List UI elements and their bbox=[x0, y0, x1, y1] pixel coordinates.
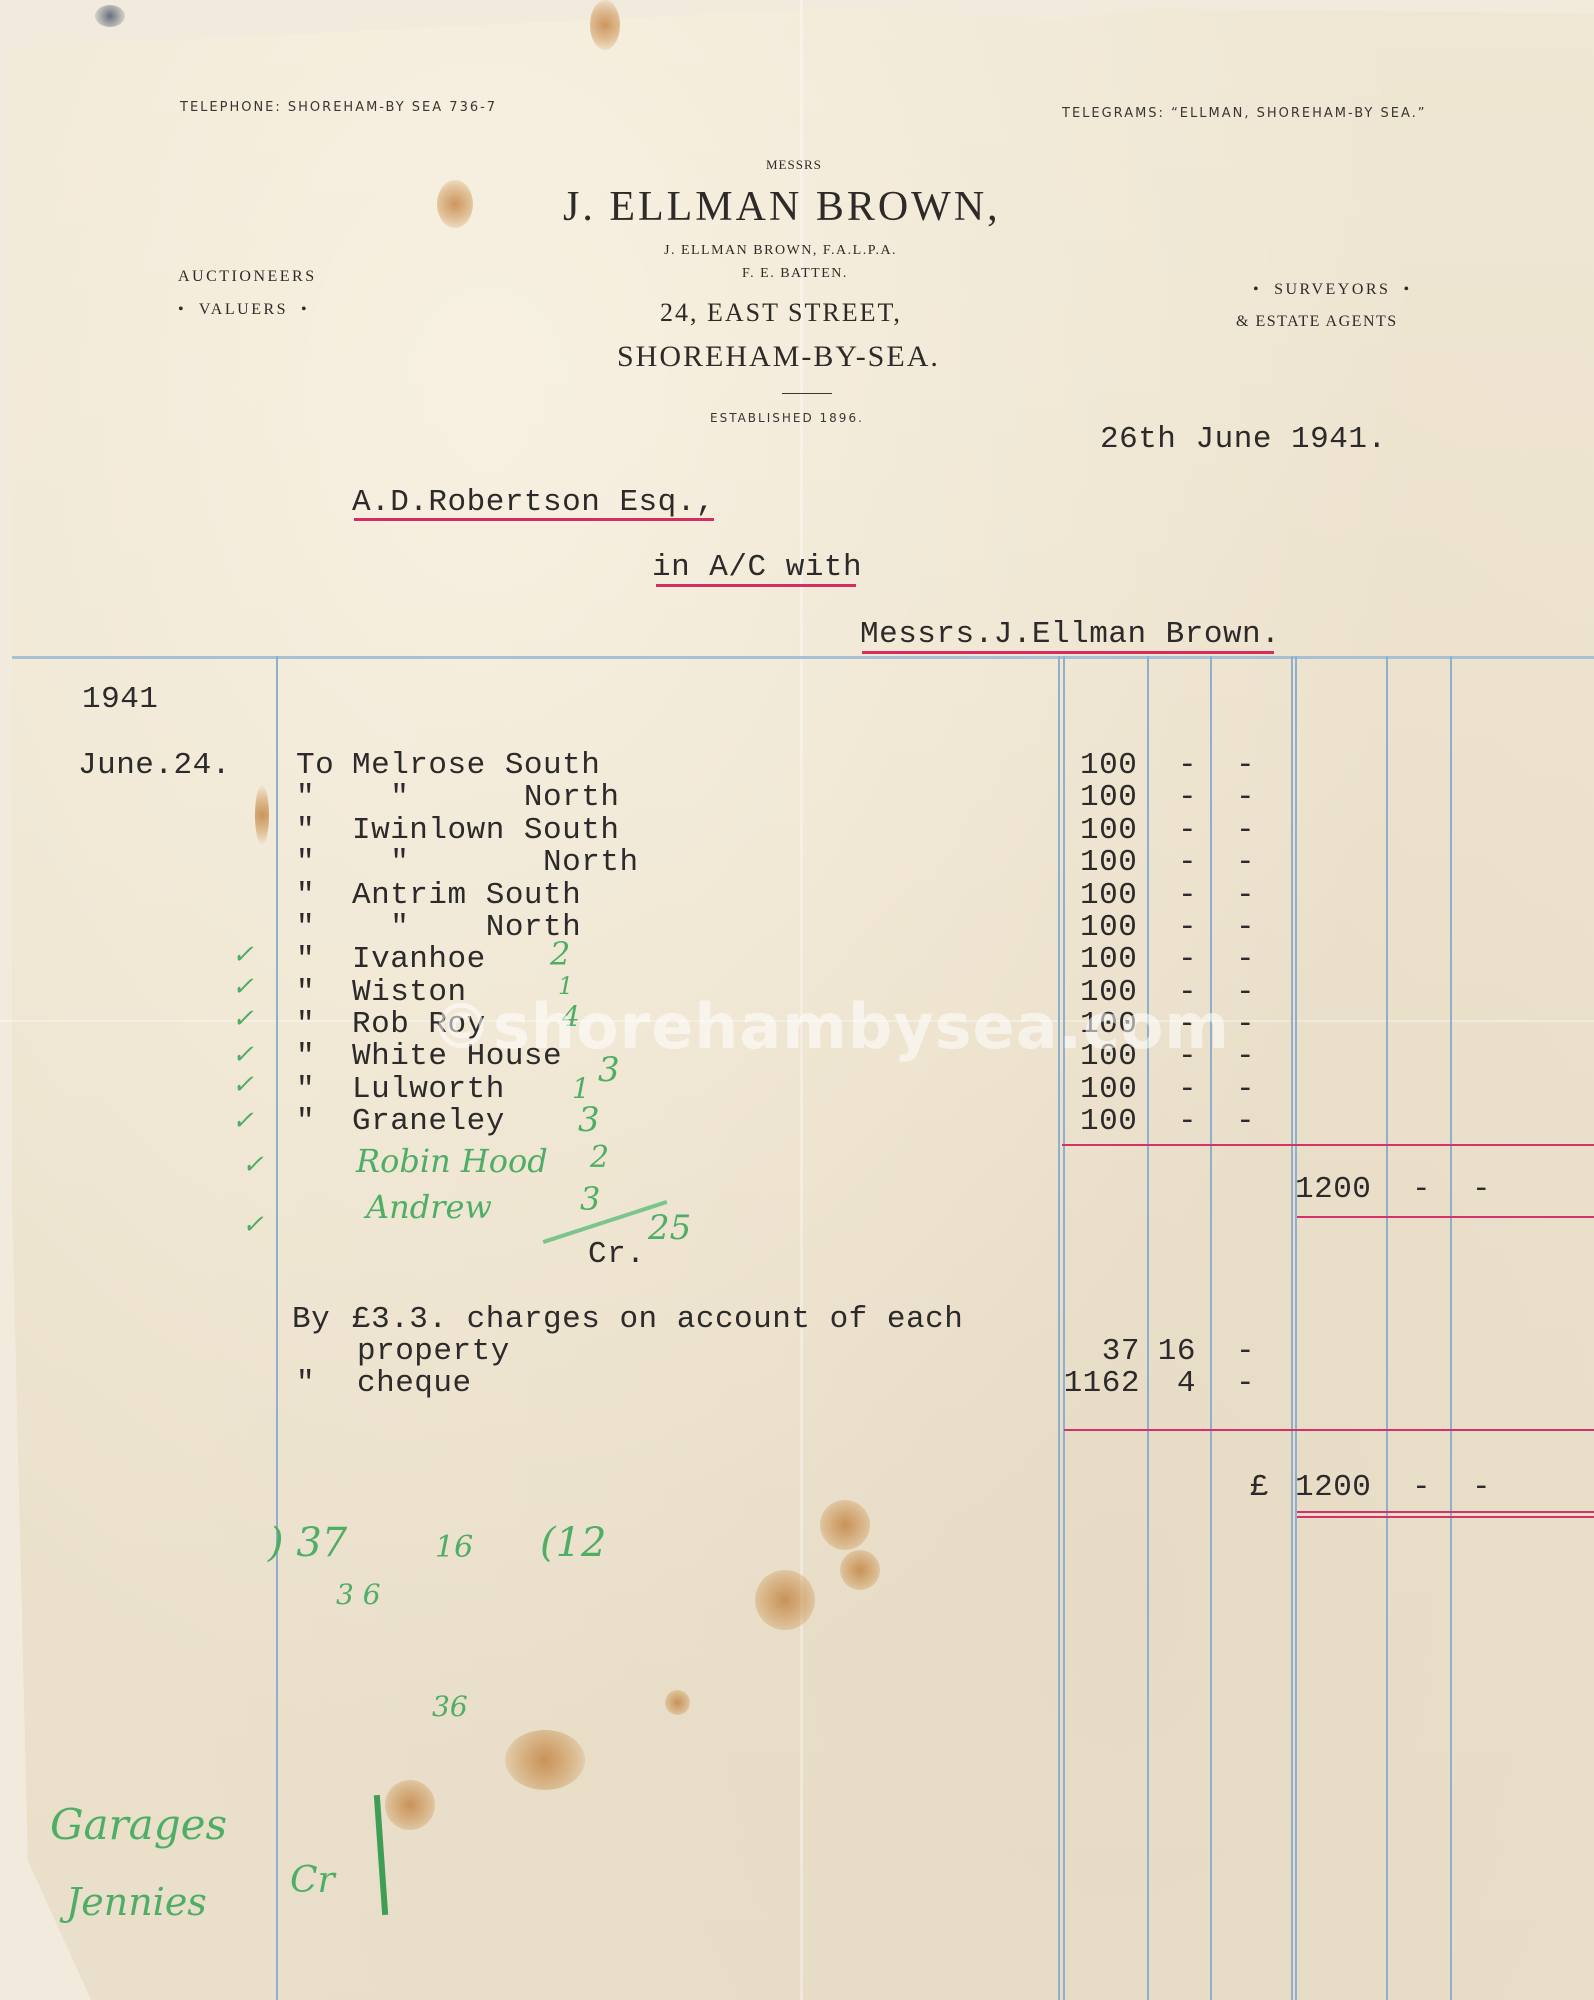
partner-1: J. ELLMAN BROWN, F.A.L.P.A. bbox=[664, 243, 897, 259]
ledger-row-prefix: " bbox=[296, 845, 315, 880]
tick-mark: ✓ bbox=[232, 1106, 254, 1136]
ledger-row-prefix: " bbox=[296, 780, 315, 815]
service-auctioneers: AUCTIONEERS bbox=[178, 268, 317, 286]
messrs-label: MESSRS bbox=[766, 157, 822, 173]
handwritten-footer: Jennies bbox=[66, 1880, 207, 1924]
letterhead-divider bbox=[782, 393, 832, 394]
stain bbox=[590, 0, 620, 50]
amount-shillings: - bbox=[1178, 780, 1197, 815]
amount-pence: - bbox=[1236, 1072, 1255, 1107]
credit-total-shillings: - bbox=[1412, 1470, 1431, 1505]
amount-pence: - bbox=[1236, 942, 1255, 977]
handwritten-calc: (12 bbox=[540, 1520, 607, 1566]
ledger-row-desc: Lulworth bbox=[352, 1072, 505, 1107]
stain bbox=[840, 1550, 880, 1590]
handwritten-sum: 25 bbox=[648, 1208, 691, 1248]
amount-pence: - bbox=[1236, 1104, 1255, 1139]
stain bbox=[820, 1500, 870, 1550]
telegrams-line: TELEGRAMS: “ELLMAN, SHOREHAM-BY SEA.” bbox=[1062, 106, 1427, 121]
stain bbox=[437, 180, 473, 228]
ledger-row-prefix: " bbox=[296, 1072, 315, 1107]
handwritten-calc: 3 6 bbox=[336, 1578, 381, 1611]
amount-pence: - bbox=[1236, 780, 1255, 815]
credit-shillings: 16 bbox=[1150, 1334, 1196, 1369]
credit-row-prefix: " bbox=[296, 1366, 315, 1401]
credit-row-prefix: By bbox=[292, 1302, 330, 1337]
account-underline bbox=[656, 584, 856, 587]
tick-mark: ✓ bbox=[242, 1210, 264, 1240]
debit-total-pence: - bbox=[1472, 1172, 1491, 1207]
pence-column-rule bbox=[1210, 656, 1212, 2000]
credit-total-pence: - bbox=[1472, 1470, 1491, 1505]
tick-mark: ✓ bbox=[232, 940, 254, 970]
ledger-row-desc: " North bbox=[352, 780, 619, 815]
total-pence-rule bbox=[1450, 656, 1452, 2000]
tick-mark: ✓ bbox=[232, 1040, 254, 1070]
amount-pounds: 100 bbox=[1080, 910, 1137, 945]
stain bbox=[385, 1780, 435, 1830]
service-valuers: • VALUERS • bbox=[178, 301, 309, 319]
amount-pence: - bbox=[1236, 813, 1255, 848]
amount-pence: - bbox=[1236, 878, 1255, 913]
credit-shillings: 4 bbox=[1150, 1366, 1196, 1401]
amount-shillings: - bbox=[1178, 845, 1197, 880]
service-surveyors: • SURVEYORS • bbox=[1253, 281, 1412, 299]
date-column-rule bbox=[276, 656, 278, 2000]
handwritten-calc: ) 37 bbox=[268, 1520, 347, 1566]
amount-pence: - bbox=[1236, 910, 1255, 945]
debit-total-pounds: 1200 bbox=[1295, 1172, 1371, 1207]
credit-row-desc: £3.3. charges on account of each bbox=[352, 1302, 963, 1337]
ledger-row-desc: Graneley bbox=[352, 1104, 505, 1139]
ledger-row-desc: Ivanhoe bbox=[352, 942, 486, 977]
amount-shillings: - bbox=[1178, 1104, 1197, 1139]
address-line-2: SHOREHAM-BY-SEA. bbox=[617, 340, 940, 374]
credit-row-desc-continued: property bbox=[357, 1334, 510, 1369]
credit-total-double-rule bbox=[1297, 1516, 1594, 1518]
stain bbox=[505, 1730, 585, 1790]
handwritten-extra-2: Andrew bbox=[366, 1188, 492, 1226]
amount-pence: - bbox=[1236, 975, 1255, 1010]
amount-pounds: 100 bbox=[1080, 813, 1137, 848]
amount-pounds: 100 bbox=[1080, 748, 1137, 783]
ledger-row-desc: " North bbox=[352, 910, 581, 945]
credit-total-pounds: 1200 bbox=[1295, 1470, 1371, 1505]
credit-subtotal-rule bbox=[1064, 1429, 1594, 1431]
handwritten-footer: Garages bbox=[50, 1800, 227, 1849]
ledger-row-desc: " North bbox=[352, 845, 639, 880]
ledger-row-prefix: " bbox=[296, 813, 315, 848]
ledger-year: 1941 bbox=[82, 682, 158, 717]
ledger-row-prefix: " bbox=[296, 1007, 315, 1042]
margin-number: 3 bbox=[578, 1100, 600, 1140]
tick-mark: ✓ bbox=[232, 1004, 254, 1034]
ledger-row-prefix: " bbox=[296, 975, 315, 1010]
service-estate-agents: & ESTATE AGENTS bbox=[1236, 313, 1398, 331]
credit-label: Cr. bbox=[588, 1237, 645, 1272]
ledger-row-prefix: " bbox=[296, 910, 315, 945]
tick-mark: ✓ bbox=[242, 1150, 264, 1180]
amount-pence: - bbox=[1236, 748, 1255, 783]
amount-pounds: 100 bbox=[1080, 942, 1137, 977]
partner-2: F. E. BATTEN. bbox=[742, 266, 848, 282]
amount-pounds: 100 bbox=[1080, 845, 1137, 880]
amount-pence: - bbox=[1236, 1039, 1255, 1074]
address-line-1: 24, EAST STREET, bbox=[660, 298, 902, 328]
telephone-line: TELEPHONE: SHOREHAM-BY SEA 736-7 bbox=[180, 100, 497, 115]
amount-shillings: - bbox=[1178, 748, 1197, 783]
total-column-rule bbox=[1291, 656, 1293, 2000]
creditor-underline bbox=[862, 651, 1274, 654]
addressee-underline bbox=[354, 518, 714, 521]
handwritten-calc: 16 bbox=[435, 1530, 473, 1565]
addressee: A.D.Robertson Esq., bbox=[352, 485, 715, 520]
shillings-column-rule bbox=[1147, 656, 1149, 2000]
total-column-rule bbox=[1295, 656, 1297, 2000]
credit-pounds: 37 bbox=[1060, 1334, 1140, 1369]
ledger-top-rule bbox=[12, 656, 1594, 659]
ledger-row-prefix: " bbox=[296, 878, 315, 913]
tick-mark: ✓ bbox=[232, 972, 254, 1002]
amount-pounds: 100 bbox=[1080, 1104, 1137, 1139]
watermark: ©shorehambysea.com bbox=[430, 990, 1230, 1063]
pounds-column-rule bbox=[1063, 656, 1065, 2000]
stain bbox=[255, 785, 269, 845]
debit-total-shillings: - bbox=[1412, 1172, 1431, 1207]
amount-shillings: - bbox=[1178, 942, 1197, 977]
amount-pence: - bbox=[1236, 1007, 1255, 1042]
creditor: Messrs.J.Ellman Brown. bbox=[860, 617, 1280, 652]
amount-pounds: 100 bbox=[1080, 1072, 1137, 1107]
tick-mark: ✓ bbox=[232, 1070, 254, 1100]
debit-subtotal-rule bbox=[1062, 1144, 1594, 1146]
total-shillings-rule bbox=[1386, 656, 1388, 2000]
amount-shillings: - bbox=[1178, 910, 1197, 945]
firm-name: J. ELLMAN BROWN, bbox=[563, 183, 1001, 231]
credit-pounds: 1162 bbox=[1056, 1366, 1140, 1401]
amount-pounds: 100 bbox=[1080, 878, 1137, 913]
amount-shillings: - bbox=[1178, 1072, 1197, 1107]
amount-pounds: 100 bbox=[1080, 780, 1137, 815]
entry-date: June.24. bbox=[78, 748, 231, 783]
credit-total-rule bbox=[1297, 1511, 1594, 1513]
handwritten-calc: 36 bbox=[432, 1690, 468, 1723]
credit-row-desc: cheque bbox=[357, 1366, 472, 1401]
ledger-row-desc: Melrose South bbox=[352, 748, 600, 783]
ledger-row-desc: Antrim South bbox=[352, 878, 581, 913]
ledger-row-prefix: " bbox=[296, 1104, 315, 1139]
letter-date: 26th June 1941. bbox=[1100, 422, 1387, 457]
handwritten-extra-2-num: 3 bbox=[580, 1180, 600, 1218]
margin-number: 2 bbox=[550, 935, 570, 973]
amount-pence: - bbox=[1236, 845, 1255, 880]
credit-total-currency: £ bbox=[1250, 1470, 1269, 1505]
ledger-row-prefix: " bbox=[296, 942, 315, 977]
stain bbox=[95, 5, 125, 27]
handwritten-extra-1: Robin Hood bbox=[356, 1142, 548, 1180]
ledger-row-prefix: " bbox=[296, 1039, 315, 1074]
amount-shillings: - bbox=[1178, 878, 1197, 913]
in-account-with: in A/C with bbox=[652, 550, 862, 585]
ledger-row-desc: Iwinlown South bbox=[352, 813, 619, 848]
amount-shillings: - bbox=[1178, 813, 1197, 848]
ledger-row-prefix: To bbox=[296, 748, 334, 783]
stain bbox=[755, 1570, 815, 1630]
debit-total-rule bbox=[1297, 1216, 1594, 1218]
established-line: ESTABLISHED 1896. bbox=[710, 411, 864, 425]
stain bbox=[665, 1690, 690, 1715]
credit-pence: - bbox=[1236, 1366, 1255, 1401]
credit-pence: - bbox=[1236, 1334, 1255, 1369]
handwritten-extra-1-num: 2 bbox=[590, 1140, 609, 1175]
handwritten-footer: Cr bbox=[290, 1860, 335, 1901]
pounds-column-rule bbox=[1058, 656, 1060, 2000]
